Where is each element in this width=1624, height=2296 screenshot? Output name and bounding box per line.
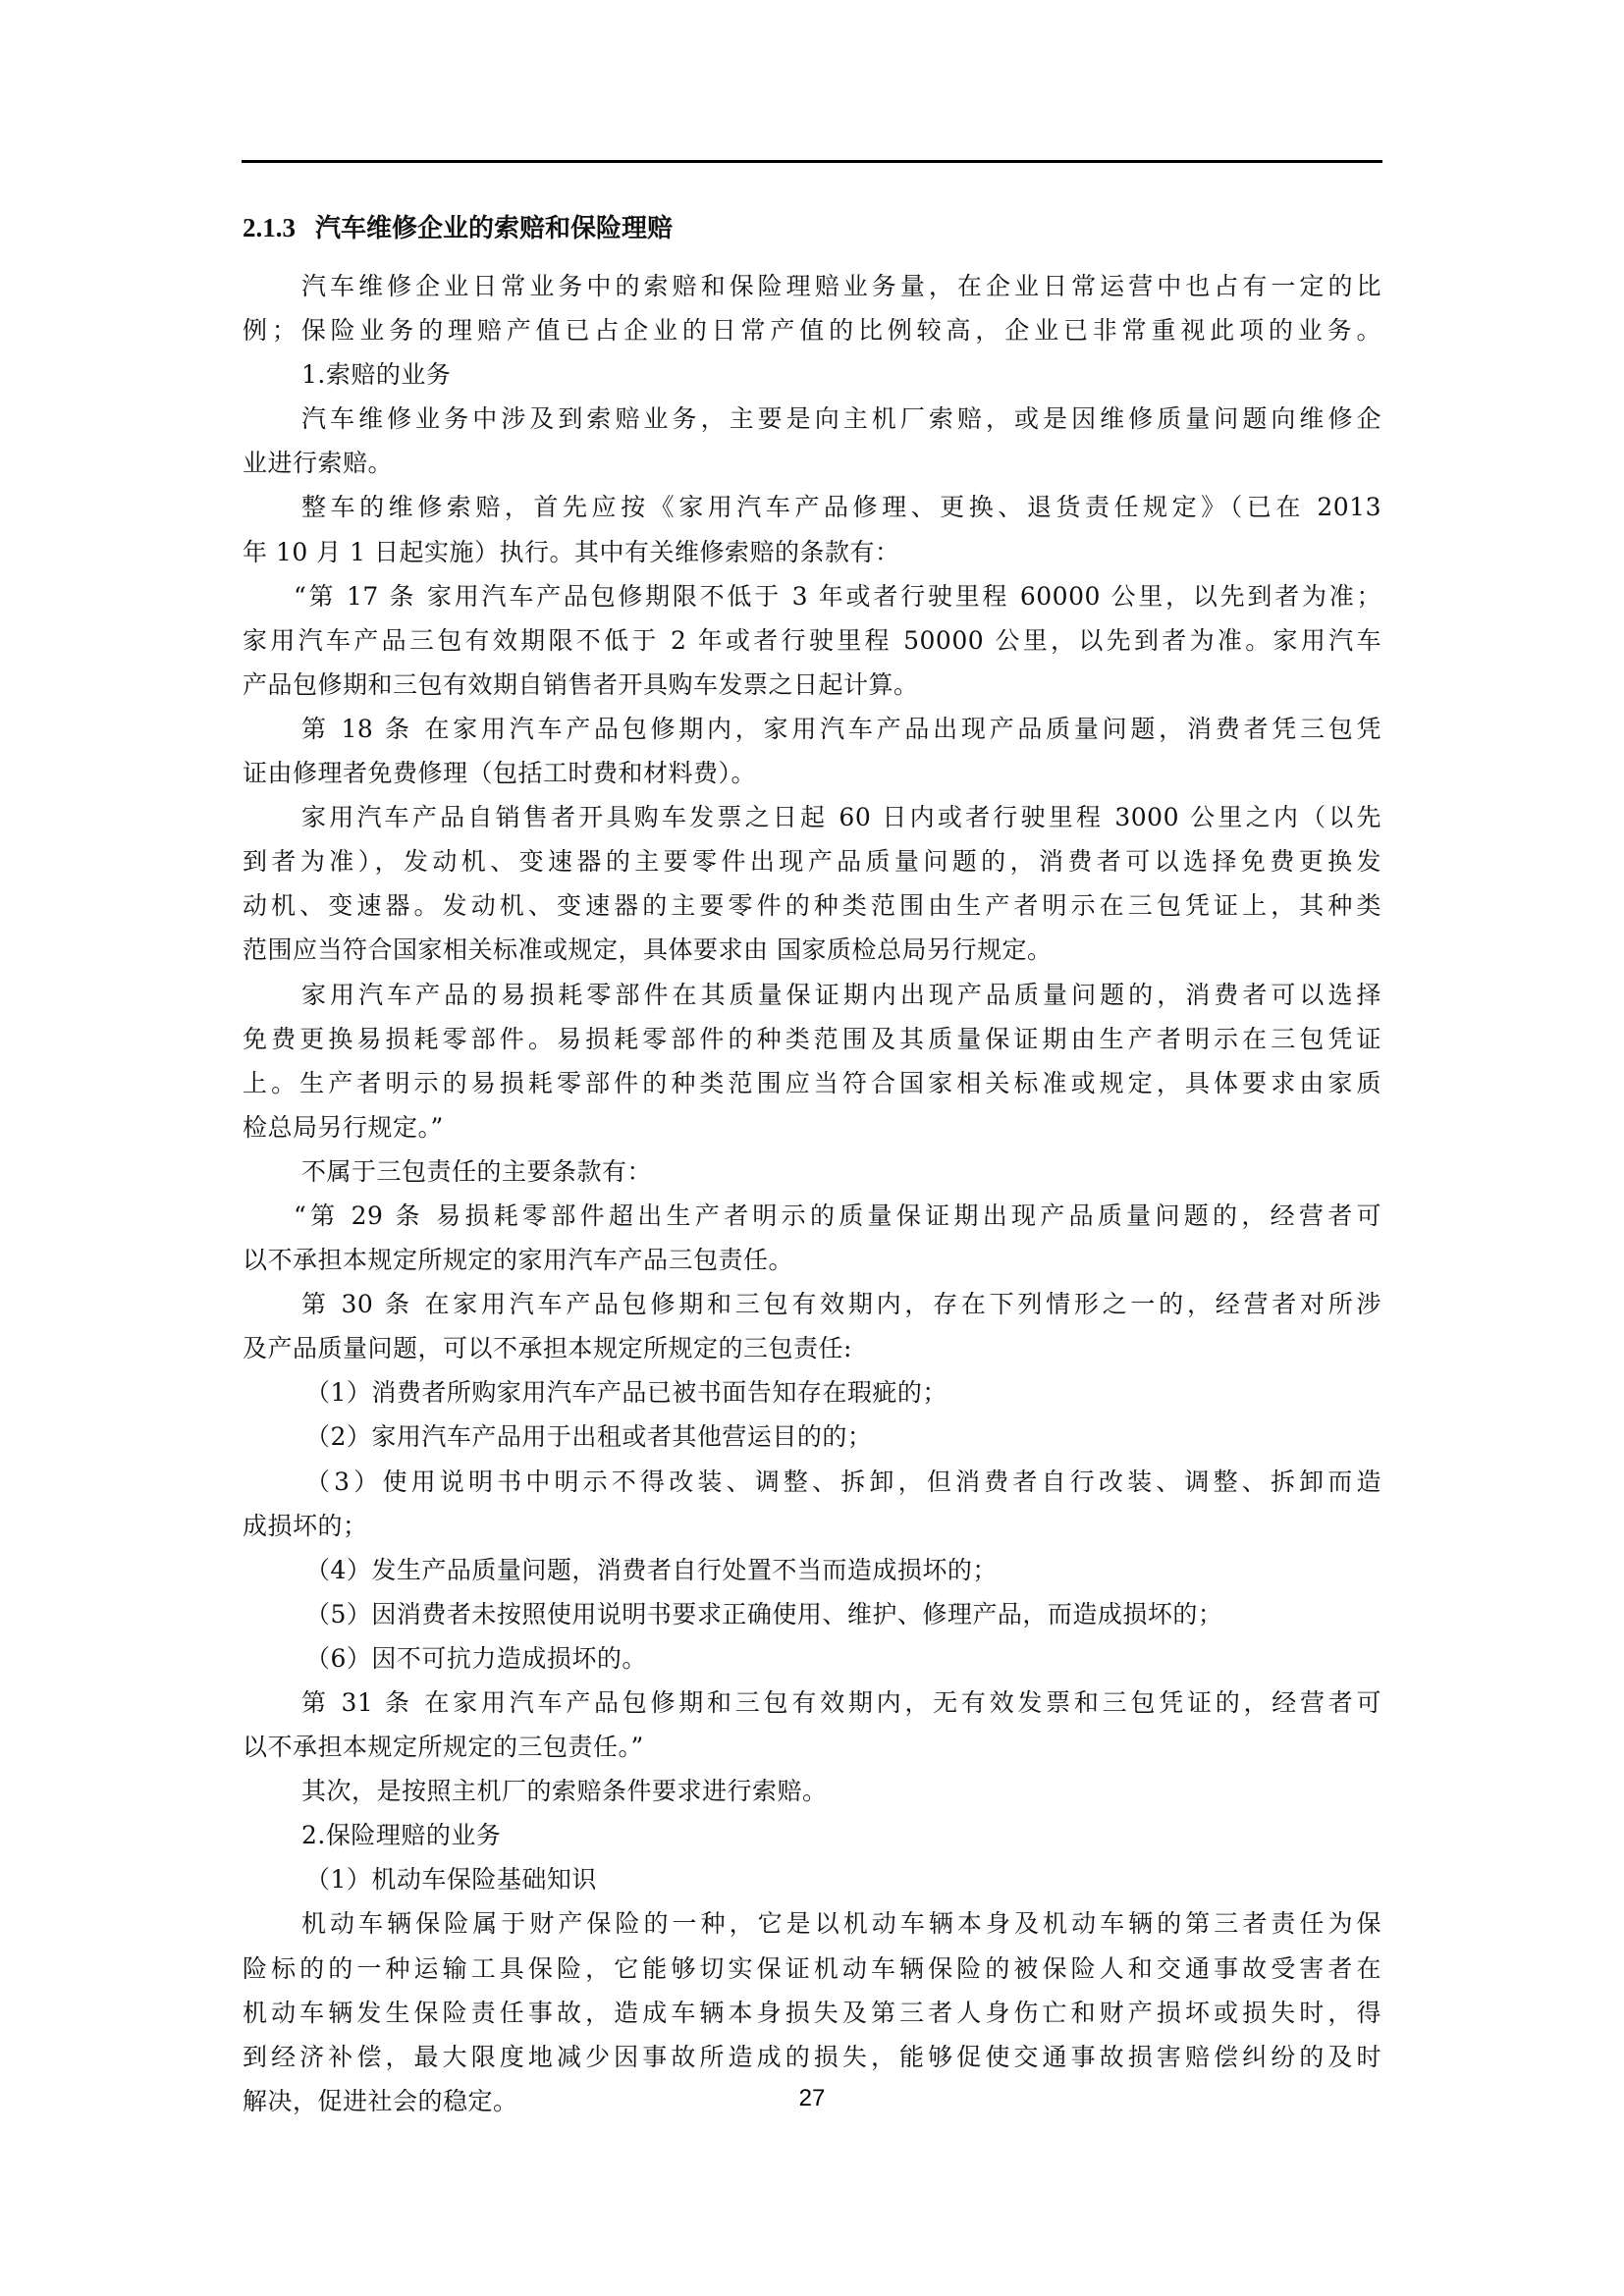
text-line: 第 18 条 在家用汽车产品包修期内，家用汽车产品出现产品质量问题，消费者凭三包… — [243, 707, 1381, 751]
text-line: 到者为准），发动机、变速器的主要零件出现产品质量问题的，消费者可以选择免费更换发 — [243, 839, 1381, 883]
text-line: 检总局另行规定。” — [243, 1105, 1381, 1149]
text-line: 以不承担本规定所规定的三包责任。” — [243, 1725, 1381, 1769]
text-line: 汽车维修业务中涉及到索赔业务，主要是向主机厂索赔，或是因维修质量问题向维修企 — [243, 397, 1381, 441]
text-line: 机动车辆发生保险责任事故，造成车辆本身损失及第三者人身伤亡和财产损坏或损失时，得 — [243, 1991, 1381, 2035]
section-title: 汽车维修企业的索赔和保险理赔 — [315, 214, 673, 243]
text-line: （5）因消费者未按照使用说明书要求正确使用、维护、修理产品，而造成损坏的； — [243, 1592, 1381, 1636]
text-line: （6）因不可抗力造成损坏的。 — [243, 1636, 1381, 1681]
text-line: 范围应当符合国家相关标准或规定，具体要求由 国家质检总局另行规定。 — [243, 928, 1381, 972]
text-line: 家用汽车产品自销售者开具购车发票之日起 60 日内或者行驶里程 3000 公里之… — [243, 795, 1381, 839]
text-line: （2）家用汽车产品用于出租或者其他营运目的的； — [243, 1415, 1381, 1459]
text-line: （4）发生产品质量问题，消费者自行处置不当而造成损坏的； — [243, 1548, 1381, 1592]
text-line: 成损坏的； — [243, 1504, 1381, 1548]
text-line: 其次，是按照主机厂的索赔条件要求进行索赔。 — [243, 1769, 1381, 1813]
text-line: “第 29 条 易损耗零部件超出生产者明示的质量保证期出现产品质量问题的，经营者… — [243, 1194, 1381, 1238]
text-line: 免费更换易损耗零部件。易损耗零部件的种类范围及其质量保证期由生产者明示在三包凭证 — [243, 1017, 1381, 1061]
text-line: 上。生产者明示的易损耗零部件的种类范围应当符合国家相关标准或规定，具体要求由家质 — [243, 1061, 1381, 1105]
text-line: （3）使用说明书中明示不得改装、调整、拆卸，但消费者自行改装、调整、拆卸而造 — [243, 1460, 1381, 1504]
text-line: 动机、变速器。发动机、变速器的主要零件的种类范围由生产者明示在三包凭证上，其种类 — [243, 883, 1381, 928]
text-line: 第 31 条 在家用汽车产品包修期和三包有效期内，无有效发票和三包凭证的，经营者… — [243, 1681, 1381, 1725]
section-heading: 2.1.3汽车维修企业的索赔和保险理赔 — [243, 210, 1383, 245]
text-line: 家用汽车产品的易损耗零部件在其质量保证期内出现产品质量问题的，消费者可以选择 — [243, 973, 1381, 1017]
text-line: 2.保险理赔的业务 — [243, 1813, 1381, 1857]
text-line: 险标的的一种运输工具保险，它能够切实保证机动车辆保险的被保险人和交通事故受害者在 — [243, 1947, 1381, 1991]
text-line: 到经济补偿，最大限度地减少因事故所造成的损失，能够促使交通事故损害赔偿纠纷的及时 — [243, 2035, 1381, 2079]
page-number: 27 — [0, 2085, 1624, 2112]
text-line: 产品包修期和三包有效期自销售者开具购车发票之日起计算。 — [243, 663, 1381, 707]
text-line: 及产品质量问题，可以不承担本规定所规定的三包责任: — [243, 1326, 1381, 1370]
text-line: 不属于三包责任的主要条款有： — [243, 1149, 1381, 1194]
text-line: 汽车维修企业日常业务中的索赔和保险理赔业务量，在企业日常运营中也占有一定的比 — [243, 264, 1381, 308]
text-line: 整车的维修索赔，首先应按《家用汽车产品修理、更换、退货责任规定》（已在 2013 — [243, 485, 1381, 529]
body-text: 汽车维修企业日常业务中的索赔和保险理赔业务量，在企业日常运营中也占有一定的比例；… — [243, 264, 1381, 2123]
text-line: （1）机动车保险基础知识 — [243, 1857, 1381, 1901]
document-page: 2.1.3汽车维修企业的索赔和保险理赔 汽车维修企业日常业务中的索赔和保险理赔业… — [0, 0, 1624, 2296]
section-number: 2.1.3 — [243, 210, 296, 245]
text-line: 机动车辆保险属于财产保险的一种，它是以机动车辆本身及机动车辆的第三者责任为保 — [243, 1901, 1381, 1946]
text-line: 1.索赔的业务 — [243, 352, 1381, 397]
text-line: 第 30 条 在家用汽车产品包修期和三包有效期内，存在下列情形之一的，经营者对所… — [243, 1282, 1381, 1326]
text-line: 年 10 月 1 日起实施）执行。其中有关维修索赔的条款有： — [243, 530, 1381, 574]
text-line: 证由修理者免费修理（包括工时费和材料费）。 — [243, 751, 1381, 795]
text-line: （1）消费者所购家用汽车产品已被书面告知存在瑕疵的； — [243, 1370, 1381, 1415]
text-line: 家用汽车产品三包有效期限不低于 2 年或者行驶里程 50000 公里，以先到者为… — [243, 618, 1381, 663]
text-line: “第 17 条 家用汽车产品包修期限不低于 3 年或者行驶里程 60000 公里… — [243, 574, 1381, 618]
header-rule — [242, 160, 1382, 163]
text-line: 以不承担本规定所规定的家用汽车产品三包责任。 — [243, 1238, 1381, 1282]
text-line: 业进行索赔。 — [243, 441, 1381, 485]
text-line: 例；保险业务的理赔产值已占企业的日常产值的比例较高，企业已非常重视此项的业务。 — [243, 308, 1381, 352]
